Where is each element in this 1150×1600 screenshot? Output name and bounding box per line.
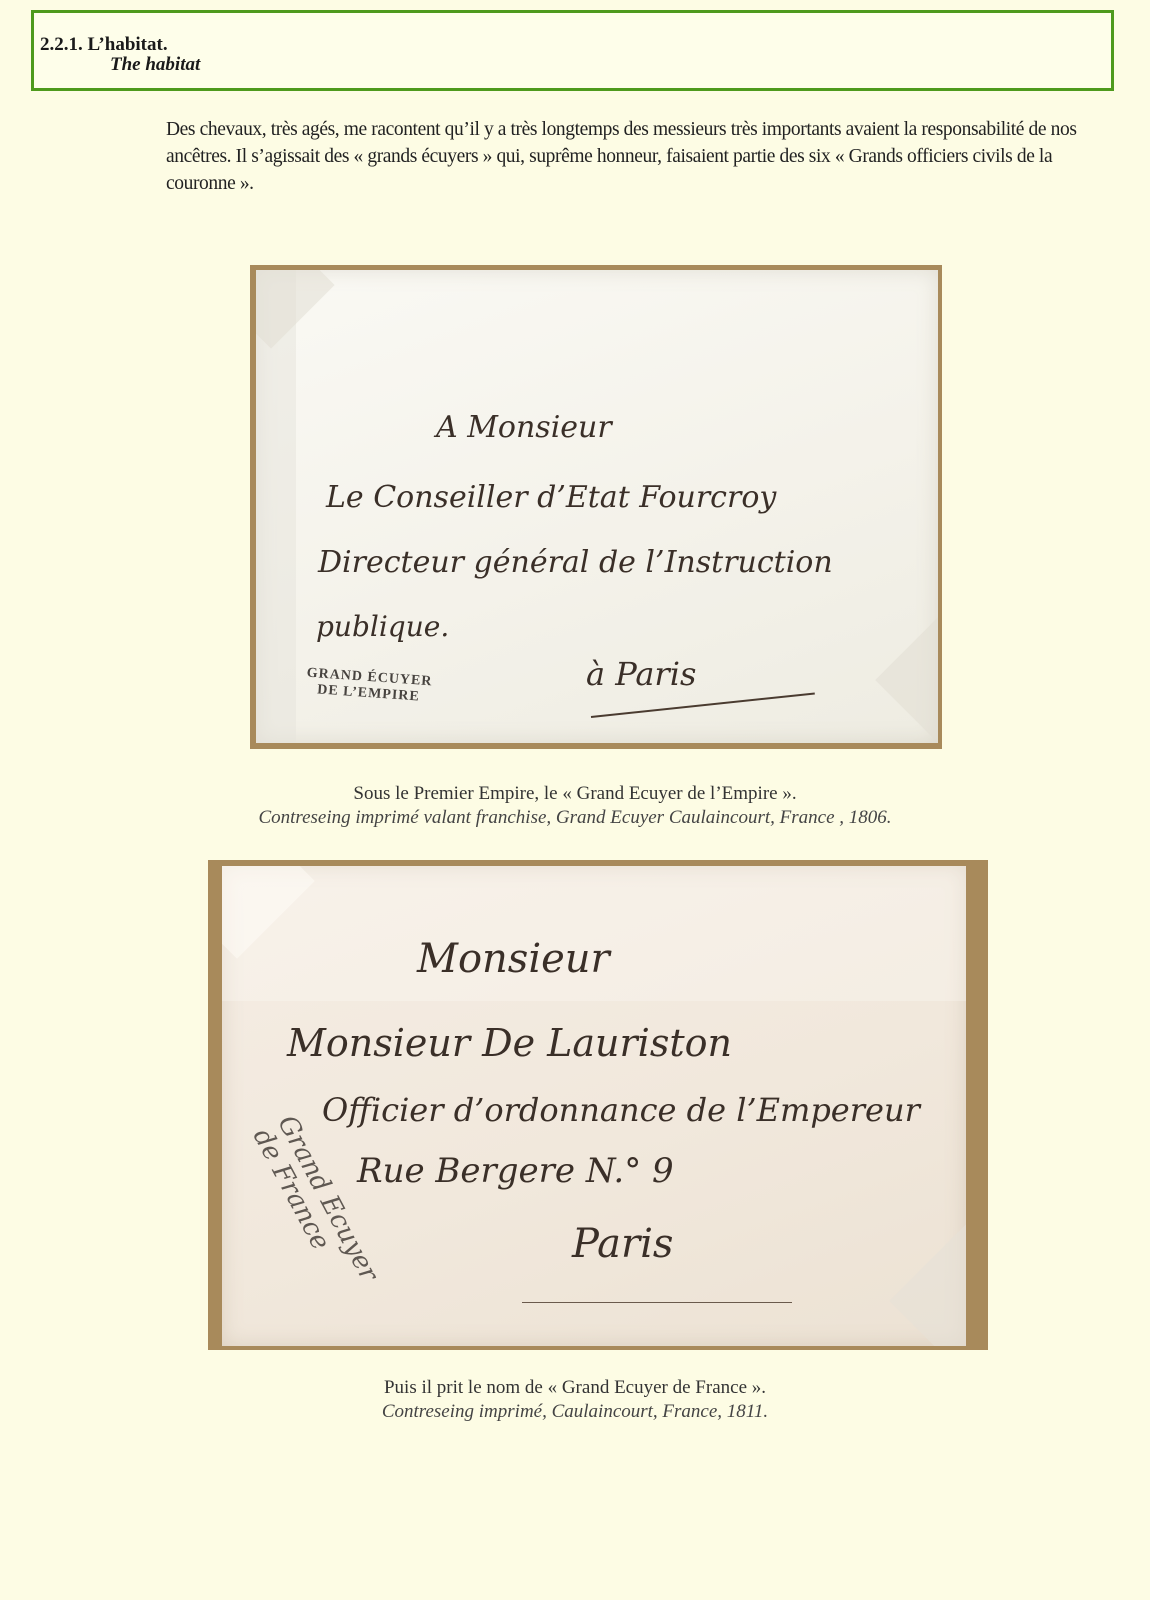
cover-1-address-line-5: à Paris bbox=[586, 655, 696, 693]
cover-2-caption: Puis il prit le nom de « Grand Ecuyer de… bbox=[0, 1377, 1150, 1399]
cover-2-address-line-2: Monsieur De Lauriston bbox=[287, 1021, 732, 1065]
cover-1-address-line-3: Directeur général de l’Instruction bbox=[318, 545, 833, 580]
cover-2-letter: Monsieur Monsieur De Lauriston Officier … bbox=[222, 866, 966, 1346]
cover-1-caption-detail: Contreseing imprimé valant franchise, Gr… bbox=[0, 807, 1150, 829]
section-subtitle: The habitat bbox=[110, 54, 200, 76]
cover-1-franchise-stamp: GRAND ÉCUYER DE L’EMPIRE bbox=[305, 666, 433, 707]
cover-2-caption-detail: Contreseing imprimé, Caulaincourt, Franc… bbox=[0, 1401, 1150, 1423]
cover-2-address-line-5: Paris bbox=[572, 1221, 673, 1267]
cover-2-address-line-4: Rue Bergere N.° 9 bbox=[357, 1151, 674, 1191]
cover-1-caption: Sous le Premier Empire, le « Grand Ecuye… bbox=[0, 783, 1150, 805]
cover-2-address-line-3: Officier d’ordonnance de l’Empereur bbox=[322, 1091, 920, 1129]
cover-1-address-line-4: publique. bbox=[316, 610, 449, 643]
cover-2-franchise-stamp: Grand Ecuyer de France bbox=[248, 1111, 383, 1299]
cover-2-address-line-1: Monsieur bbox=[417, 936, 610, 982]
cover-1-underline-stroke bbox=[591, 692, 815, 718]
section-header-box bbox=[31, 10, 1114, 91]
cover-2-corner-fold-br bbox=[889, 1223, 966, 1346]
cover-1-address-line-2: Le Conseiller d’Etat Fourcroy bbox=[326, 480, 776, 515]
section-title: 2.2.1. L’habitat. bbox=[40, 34, 168, 56]
cover-1-address-line-1: A Monsieur bbox=[436, 410, 612, 445]
cover-1-letter: A Monsieur Le Conseiller d’Etat Fourcroy… bbox=[256, 270, 938, 743]
intro-paragraph: Des chevaux, très agés, me racontent qu’… bbox=[166, 116, 1086, 197]
cover-2-underline-stroke bbox=[522, 1302, 792, 1303]
cover-1-corner-fold-br bbox=[875, 609, 938, 743]
